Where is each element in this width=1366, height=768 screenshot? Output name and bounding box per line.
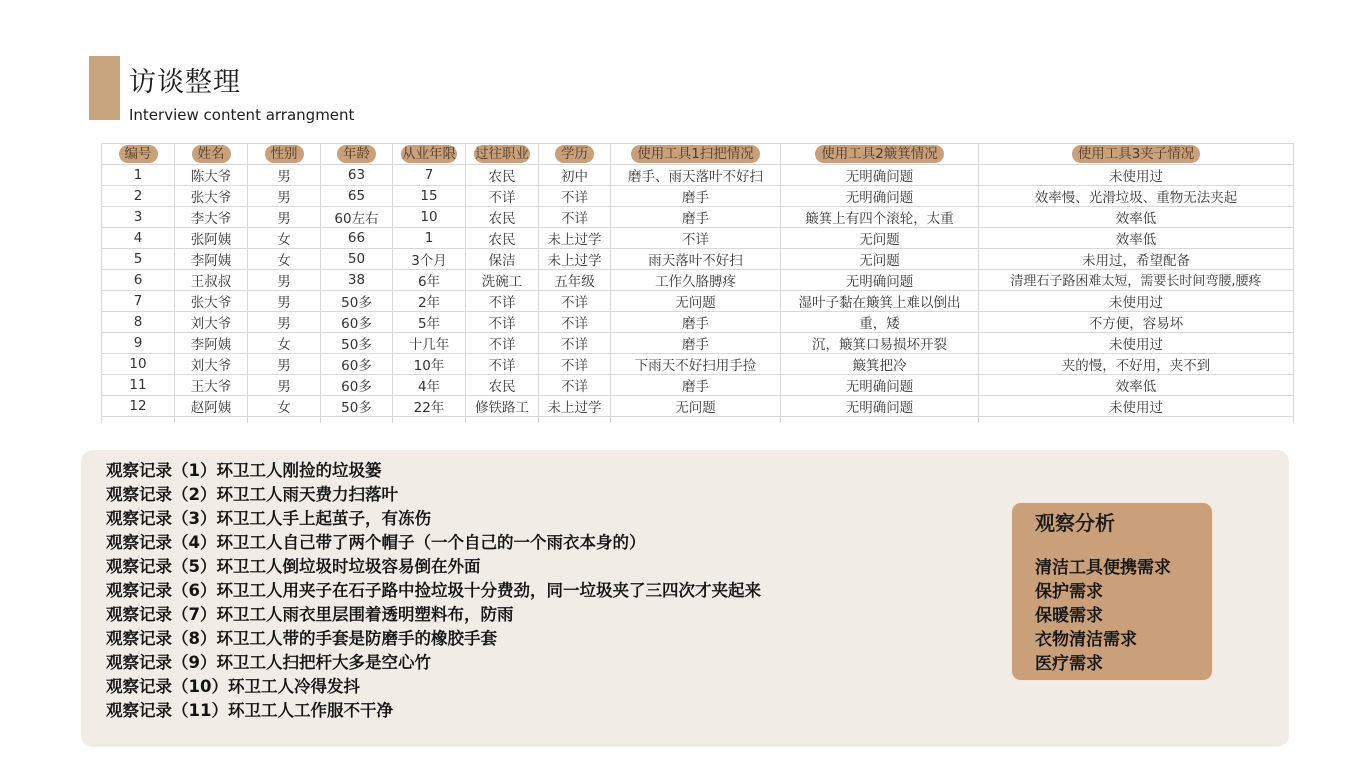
table-row: 5李阿姨女503个月保洁未上过学雨天落叶不好扫无问题未用过，希望配备 bbox=[102, 248, 1294, 269]
column-header: 学历 bbox=[539, 144, 611, 165]
table-cell: 张阿姨 bbox=[175, 227, 248, 248]
table-cell: 女 bbox=[248, 395, 321, 416]
table-empty-row bbox=[102, 416, 1294, 423]
table-cell: 9 bbox=[102, 332, 175, 353]
table-cell: 农民 bbox=[466, 206, 539, 227]
table-cell: 效率低 bbox=[979, 206, 1294, 227]
table-cell: 5年 bbox=[393, 311, 466, 332]
table-cell: 磨手 bbox=[611, 185, 781, 206]
table-cell: 1 bbox=[102, 164, 175, 185]
table-cell: 未使用过 bbox=[979, 395, 1294, 416]
table-cell: 无问题 bbox=[781, 227, 979, 248]
table-cell: 2 bbox=[102, 185, 175, 206]
column-header: 从业年限 bbox=[393, 144, 466, 165]
table-cell: 不详 bbox=[539, 311, 611, 332]
table-cell: 5 bbox=[102, 248, 175, 269]
table-cell bbox=[102, 416, 175, 423]
table-cell: 重，矮 bbox=[781, 311, 979, 332]
table-cell: 修铁路工 bbox=[466, 395, 539, 416]
observation-item: 观察记录（11）环卫工人工作服不干净 bbox=[106, 699, 761, 723]
table-cell: 8 bbox=[102, 311, 175, 332]
table-cell: 无问题 bbox=[611, 395, 781, 416]
table-cell: 张大爷 bbox=[175, 185, 248, 206]
table-cell: 不详 bbox=[539, 353, 611, 374]
table-cell: 不详 bbox=[539, 374, 611, 395]
table-cell bbox=[466, 416, 539, 423]
table-cell: 未上过学 bbox=[539, 227, 611, 248]
table-cell: 50多 bbox=[321, 395, 393, 416]
observation-list: 观察记录（1）环卫工人刚捡的垃圾篓 观察记录（2）环卫工人雨天费力扫落叶 观察记… bbox=[106, 459, 761, 723]
table-cell: 63 bbox=[321, 164, 393, 185]
table-cell: 女 bbox=[248, 227, 321, 248]
column-header: 性别 bbox=[248, 144, 321, 165]
table-cell: 60左右 bbox=[321, 206, 393, 227]
table-cell: 3个月 bbox=[393, 248, 466, 269]
page-subtitle: Interview content arrangment bbox=[129, 105, 354, 125]
table-cell: 效率低 bbox=[979, 374, 1294, 395]
table-cell: 不详 bbox=[466, 332, 539, 353]
table-cell: 未上过学 bbox=[539, 395, 611, 416]
table-cell: 不详 bbox=[539, 290, 611, 311]
column-header: 使用工具1扫把情况 bbox=[611, 144, 781, 165]
table-cell: 10年 bbox=[393, 353, 466, 374]
analysis-item: 保护需求 bbox=[1035, 580, 1171, 604]
table-cell: 五年级 bbox=[539, 269, 611, 290]
table-cell: 初中 bbox=[539, 164, 611, 185]
column-header: 使用工具3夹子情况 bbox=[979, 144, 1294, 165]
table-row: 12赵阿姨女50多22年修铁路工未上过学无问题无明确问题未使用过 bbox=[102, 395, 1294, 416]
table-cell: 未用过，希望配备 bbox=[979, 248, 1294, 269]
table-cell: 李大爷 bbox=[175, 206, 248, 227]
column-header: 姓名 bbox=[175, 144, 248, 165]
analysis-list: 清洁工具便携需求 保护需求 保暖需求 衣物清洁需求 医疗需求 bbox=[1035, 556, 1171, 676]
table-cell bbox=[979, 416, 1294, 423]
table-cell: 50多 bbox=[321, 332, 393, 353]
table-row: 11王大爷男60多4年农民不详磨手无明确问题效率低 bbox=[102, 374, 1294, 395]
table-cell: 66 bbox=[321, 227, 393, 248]
analysis-title: 观察分析 bbox=[1035, 509, 1115, 537]
table-cell: 10 bbox=[102, 353, 175, 374]
table-cell bbox=[175, 416, 248, 423]
table-cell: 4 bbox=[102, 227, 175, 248]
table-cell: 不详 bbox=[539, 185, 611, 206]
analysis-item: 衣物清洁需求 bbox=[1035, 628, 1171, 652]
observation-item: 观察记录（10）环卫工人冷得发抖 bbox=[106, 675, 761, 699]
table-cell: 李阿姨 bbox=[175, 332, 248, 353]
table-cell: 女 bbox=[248, 332, 321, 353]
interview-table: 编号 姓名 性别 年龄 从业年限 过往职业 学历 使用工具1扫把情况 使用工具2… bbox=[101, 143, 1294, 423]
table-cell bbox=[321, 416, 393, 423]
table-cell: 15 bbox=[393, 185, 466, 206]
table-row: 7张大爷男50多2年不详不详无问题湿叶子黏在簸箕上难以倒出未使用过 bbox=[102, 290, 1294, 311]
table-cell: 60多 bbox=[321, 374, 393, 395]
table-cell: 王大爷 bbox=[175, 374, 248, 395]
table-cell: 无明确问题 bbox=[781, 185, 979, 206]
table-cell: 湿叶子黏在簸箕上难以倒出 bbox=[781, 290, 979, 311]
table-cell bbox=[539, 416, 611, 423]
table-cell: 陈大爷 bbox=[175, 164, 248, 185]
table-cell: 无问题 bbox=[781, 248, 979, 269]
table-cell bbox=[781, 416, 979, 423]
table-cell: 磨手 bbox=[611, 206, 781, 227]
observation-item: 观察记录（1）环卫工人刚捡的垃圾篓 bbox=[106, 459, 761, 483]
table-cell: 男 bbox=[248, 164, 321, 185]
table-cell: 下雨天不好扫用手捡 bbox=[611, 353, 781, 374]
table-cell: 效率低 bbox=[979, 227, 1294, 248]
analysis-item: 清洁工具便携需求 bbox=[1035, 556, 1171, 580]
table-cell: 不详 bbox=[466, 311, 539, 332]
table-cell: 十几年 bbox=[393, 332, 466, 353]
table-cell: 38 bbox=[321, 269, 393, 290]
table-cell: 雨天落叶不好扫 bbox=[611, 248, 781, 269]
observation-item: 观察记录（4）环卫工人自己带了两个帽子（一个自己的一个雨衣本身的） bbox=[106, 531, 761, 555]
table-row: 10刘大爷男60多10年不详不详下雨天不好扫用手捡簸箕把冷夹的慢，不好用，夹不到 bbox=[102, 353, 1294, 374]
table-cell: 保洁 bbox=[466, 248, 539, 269]
table-cell: 未上过学 bbox=[539, 248, 611, 269]
table-cell: 2年 bbox=[393, 290, 466, 311]
table-cell: 不详 bbox=[539, 332, 611, 353]
table-cell: 男 bbox=[248, 185, 321, 206]
table-cell: 不详 bbox=[539, 206, 611, 227]
table-cell: 农民 bbox=[466, 374, 539, 395]
table-cell: 不详 bbox=[466, 353, 539, 374]
table-cell: 女 bbox=[248, 248, 321, 269]
table-cell: 无明确问题 bbox=[781, 395, 979, 416]
table-cell: 效率慢、光滑垃圾、重物无法夹起 bbox=[979, 185, 1294, 206]
table-cell: 4年 bbox=[393, 374, 466, 395]
observation-item: 观察记录（9）环卫工人扫把杆大多是空心竹 bbox=[106, 651, 761, 675]
table-cell: 1 bbox=[393, 227, 466, 248]
table-cell: 60多 bbox=[321, 311, 393, 332]
table-cell: 50 bbox=[321, 248, 393, 269]
table-cell: 清理石子路困难太短，需要长时间弯腰,腰疼 bbox=[979, 269, 1294, 290]
table-row: 8刘大爷男60多5年不详不详磨手重，矮不方便，容易坏 bbox=[102, 311, 1294, 332]
table-cell: 7 bbox=[102, 290, 175, 311]
table-cell: 未使用过 bbox=[979, 332, 1294, 353]
column-header: 使用工具2簸箕情况 bbox=[781, 144, 979, 165]
table-cell: 男 bbox=[248, 311, 321, 332]
table-cell: 农民 bbox=[466, 164, 539, 185]
table-cell: 10 bbox=[393, 206, 466, 227]
table-cell: 不方便，容易坏 bbox=[979, 311, 1294, 332]
table-cell: 磨手、雨天落叶不好扫 bbox=[611, 164, 781, 185]
table-cell: 磨手 bbox=[611, 374, 781, 395]
table-cell: 磨手 bbox=[611, 311, 781, 332]
table-cell: 无明确问题 bbox=[781, 164, 979, 185]
table-cell: 无明确问题 bbox=[781, 269, 979, 290]
table-row: 6王叔叔男386年洗碗工五年级工作久胳膊疼无明确问题清理石子路困难太短，需要长时… bbox=[102, 269, 1294, 290]
table-cell: 未使用过 bbox=[979, 164, 1294, 185]
table-cell: 磨手 bbox=[611, 332, 781, 353]
column-header: 过往职业 bbox=[466, 144, 539, 165]
table-cell: 60多 bbox=[321, 353, 393, 374]
table-row: 9李阿姨女50多十几年不详不详磨手沉，簸箕口易损坏开裂未使用过 bbox=[102, 332, 1294, 353]
table-cell: 50多 bbox=[321, 290, 393, 311]
table-cell: 男 bbox=[248, 206, 321, 227]
table-cell: 未使用过 bbox=[979, 290, 1294, 311]
table-cell: 不详 bbox=[466, 290, 539, 311]
observation-item: 观察记录（7）环卫工人雨衣里层围着透明塑料布，防雨 bbox=[106, 603, 761, 627]
table-cell: 男 bbox=[248, 290, 321, 311]
table-cell: 李阿姨 bbox=[175, 248, 248, 269]
table-cell: 簸箕把冷 bbox=[781, 353, 979, 374]
table-cell: 6 bbox=[102, 269, 175, 290]
table-header-row: 编号 姓名 性别 年龄 从业年限 过往职业 学历 使用工具1扫把情况 使用工具2… bbox=[102, 144, 1294, 165]
observation-item: 观察记录（3）环卫工人手上起茧子，有冻伤 bbox=[106, 507, 761, 531]
title-accent-bar bbox=[89, 56, 120, 120]
table-cell: 男 bbox=[248, 353, 321, 374]
observation-item: 观察记录（6）环卫工人用夹子在石子路中捡垃圾十分费劲，同一垃圾夹了三四次才夹起来 bbox=[106, 579, 761, 603]
table-cell: 簸箕上有四个滚轮，太重 bbox=[781, 206, 979, 227]
table-cell: 无明确问题 bbox=[781, 374, 979, 395]
table-cell: 赵阿姨 bbox=[175, 395, 248, 416]
table-cell: 工作久胳膊疼 bbox=[611, 269, 781, 290]
table-row: 1陈大爷男637农民初中磨手、雨天落叶不好扫无明确问题未使用过 bbox=[102, 164, 1294, 185]
table-cell: 12 bbox=[102, 395, 175, 416]
table-cell: 王叔叔 bbox=[175, 269, 248, 290]
table-cell bbox=[248, 416, 321, 423]
table-cell: 刘大爷 bbox=[175, 353, 248, 374]
table-cell: 65 bbox=[321, 185, 393, 206]
observation-item: 观察记录（5）环卫工人倒垃圾时垃圾容易倒在外面 bbox=[106, 555, 761, 579]
column-header: 年龄 bbox=[321, 144, 393, 165]
table-cell: 刘大爷 bbox=[175, 311, 248, 332]
page-title: 访谈整理 bbox=[129, 66, 241, 100]
table-cell: 农民 bbox=[466, 227, 539, 248]
table-row: 3李大爷男60左右10农民不详磨手簸箕上有四个滚轮，太重效率低 bbox=[102, 206, 1294, 227]
observation-item: 观察记录（8）环卫工人带的手套是防磨手的橡胶手套 bbox=[106, 627, 761, 651]
table-cell: 无问题 bbox=[611, 290, 781, 311]
table-cell: 不详 bbox=[611, 227, 781, 248]
analysis-item: 保暖需求 bbox=[1035, 604, 1171, 628]
table-cell: 张大爷 bbox=[175, 290, 248, 311]
table-cell: 7 bbox=[393, 164, 466, 185]
table-cell: 6年 bbox=[393, 269, 466, 290]
table-row: 2张大爷男6515不详不详磨手无明确问题效率慢、光滑垃圾、重物无法夹起 bbox=[102, 185, 1294, 206]
table-cell: 男 bbox=[248, 269, 321, 290]
table-cell bbox=[393, 416, 466, 423]
table-cell: 不详 bbox=[466, 185, 539, 206]
observation-item: 观察记录（2）环卫工人雨天费力扫落叶 bbox=[106, 483, 761, 507]
table-cell: 男 bbox=[248, 374, 321, 395]
table-row: 4张阿姨女661农民未上过学不详无问题效率低 bbox=[102, 227, 1294, 248]
table-cell: 3 bbox=[102, 206, 175, 227]
table-cell: 沉，簸箕口易损坏开裂 bbox=[781, 332, 979, 353]
table-cell: 夹的慢，不好用，夹不到 bbox=[979, 353, 1294, 374]
table-cell bbox=[611, 416, 781, 423]
table-cell: 11 bbox=[102, 374, 175, 395]
table-cell: 22年 bbox=[393, 395, 466, 416]
analysis-item: 医疗需求 bbox=[1035, 652, 1171, 676]
column-header: 编号 bbox=[102, 144, 175, 165]
table-cell: 洗碗工 bbox=[466, 269, 539, 290]
